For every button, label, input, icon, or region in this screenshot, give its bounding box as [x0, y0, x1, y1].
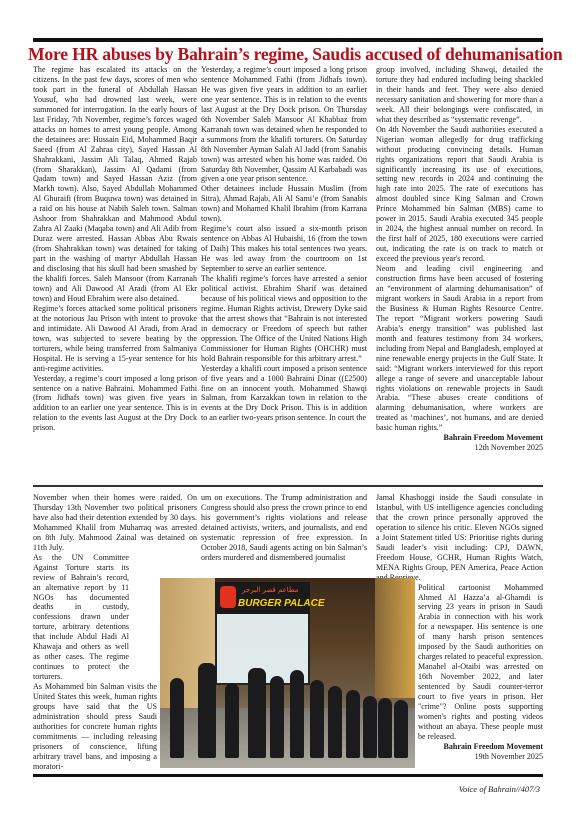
paragraph: Yesterday, a regime’s court imposed a lo…	[201, 65, 367, 184]
top-rule	[33, 38, 543, 42]
photo-sign-text: BURGER PALACE	[238, 598, 324, 609]
article1-column-1: The regime has escalated its attacks on …	[33, 65, 197, 433]
paragraph: The khalifi regime’s forces have arreste…	[201, 274, 367, 364]
paragraph: Jamal Khashoggi inside the Saudi consula…	[376, 493, 543, 583]
paragraph: As Mohammed bin Salman visits the United…	[33, 682, 157, 772]
article1-column-2: Yesterday, a regime’s court imposed a lo…	[201, 65, 367, 423]
paragraph: Yesterday a khalifi court imposed a pris…	[201, 364, 367, 424]
paragraph: The regime has escalated its attacks on …	[33, 65, 197, 304]
page-footer: Voice of Bahrain//407/3	[459, 784, 540, 794]
paragraph: um on executions. The Trump administrati…	[201, 493, 367, 563]
paragraph: Other detainees include Hussain Muslim (…	[201, 184, 367, 224]
burger-logo-icon	[220, 586, 236, 608]
paragraph: Yesterday, a regime’s court imposed a lo…	[33, 374, 197, 434]
paragraph: Regime’s forces attacked some political …	[33, 304, 197, 374]
bottom-rule	[33, 774, 543, 777]
paragraph: On 4th November the Saudi authorities ex…	[376, 125, 543, 264]
section-divider	[33, 485, 543, 487]
headline: More HR abuses by Bahrain’s regime, Saud…	[28, 44, 548, 65]
photo-crowd	[170, 653, 410, 758]
signature-date: 12th November 2025	[376, 443, 543, 453]
paragraph: As the UN Committee Against Torture star…	[33, 553, 129, 682]
street-protest-photo: مطاعم قصر البرجر BURGER PALACE	[160, 578, 415, 768]
article1-column-3: group involved, including Shawqi, detail…	[376, 65, 543, 453]
signature: Bahrain Freedom Movement 12th November 2…	[376, 433, 543, 453]
photo-sign-arabic: مطاعم قصر البرجر	[242, 586, 298, 594]
paragraph: Regime’s court also issued a six-month p…	[201, 224, 367, 274]
paragraph: Political cartoonist Mohammed Ahmed Al H…	[418, 583, 543, 742]
paragraph: group involved, including Shawqi, detail…	[376, 65, 543, 125]
article2-column-2: um on executions. The Trump administrati…	[201, 493, 367, 563]
paragraph: November when their homes were raided. O…	[33, 493, 197, 553]
paragraph: Neom and leading civil engineering and c…	[376, 264, 543, 433]
signature-org: Bahrain Freedom Movement	[376, 433, 543, 443]
